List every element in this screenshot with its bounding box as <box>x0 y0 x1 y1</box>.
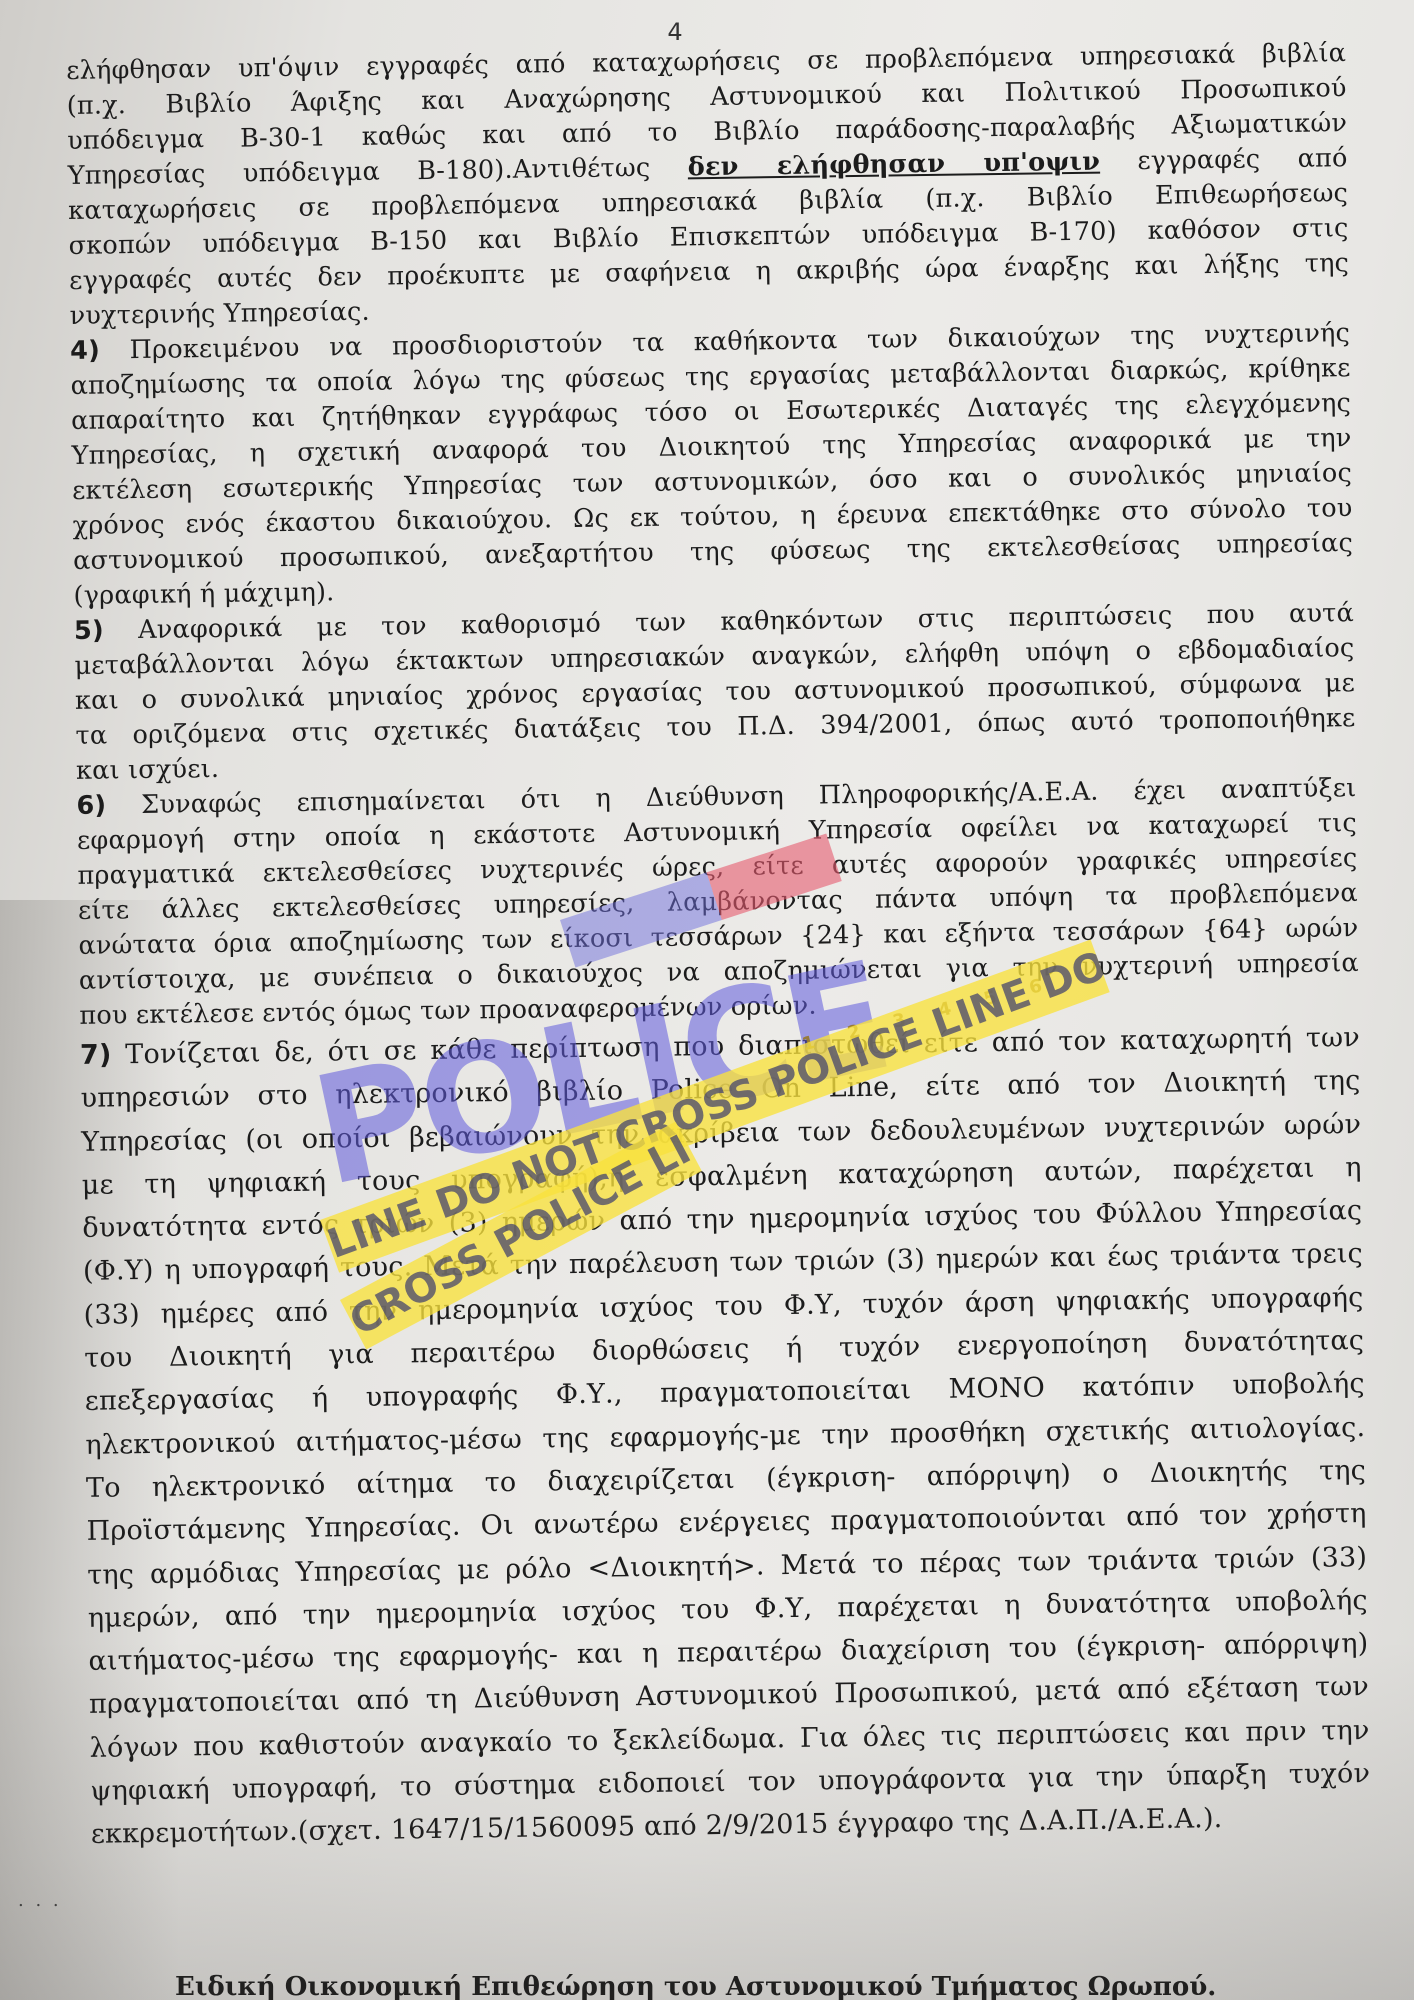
text-segment: εγγραφές από <box>1137 143 1348 176</box>
paragraph-6: 6) Συναφώς επισημαίνεται ότι η Διεύθυνση… <box>76 771 1359 1034</box>
paragraph-7: 7) Τονίζεται δε, ότι σε κάθε περίπτωση π… <box>80 1016 1371 1856</box>
section-heading: Ειδική Οικονομική Επιθεώρηση του Αστυνομ… <box>175 1972 1275 2000</box>
paragraph-5: 5) Αναφορικά με τον καθορισμό των καθηκό… <box>74 596 1356 789</box>
margin-dots: . . . <box>18 1890 62 1911</box>
emphasis-underlined-bold: δεν ελήφθησαν υπ'οψιν <box>688 147 1101 183</box>
document-body: ελήφθησαν υπ'όψιν εγγραφές από καταχωρήσ… <box>66 36 1371 1856</box>
paragraph-4: 4) Προκειμένου να προσδιοριστούν τα καθή… <box>70 316 1354 614</box>
paragraph-number: 7) <box>80 1039 112 1070</box>
paragraph-intro: ελήφθησαν υπ'όψιν εγγραφές από καταχωρήσ… <box>66 36 1350 334</box>
text-segment: Υπηρεσίας υπόδειγμα Β-180).Αντιθέτως <box>67 153 650 191</box>
paragraph-number: 4) <box>70 336 100 366</box>
paragraph-number: 5) <box>74 616 104 646</box>
paragraph-number: 6) <box>76 791 106 821</box>
